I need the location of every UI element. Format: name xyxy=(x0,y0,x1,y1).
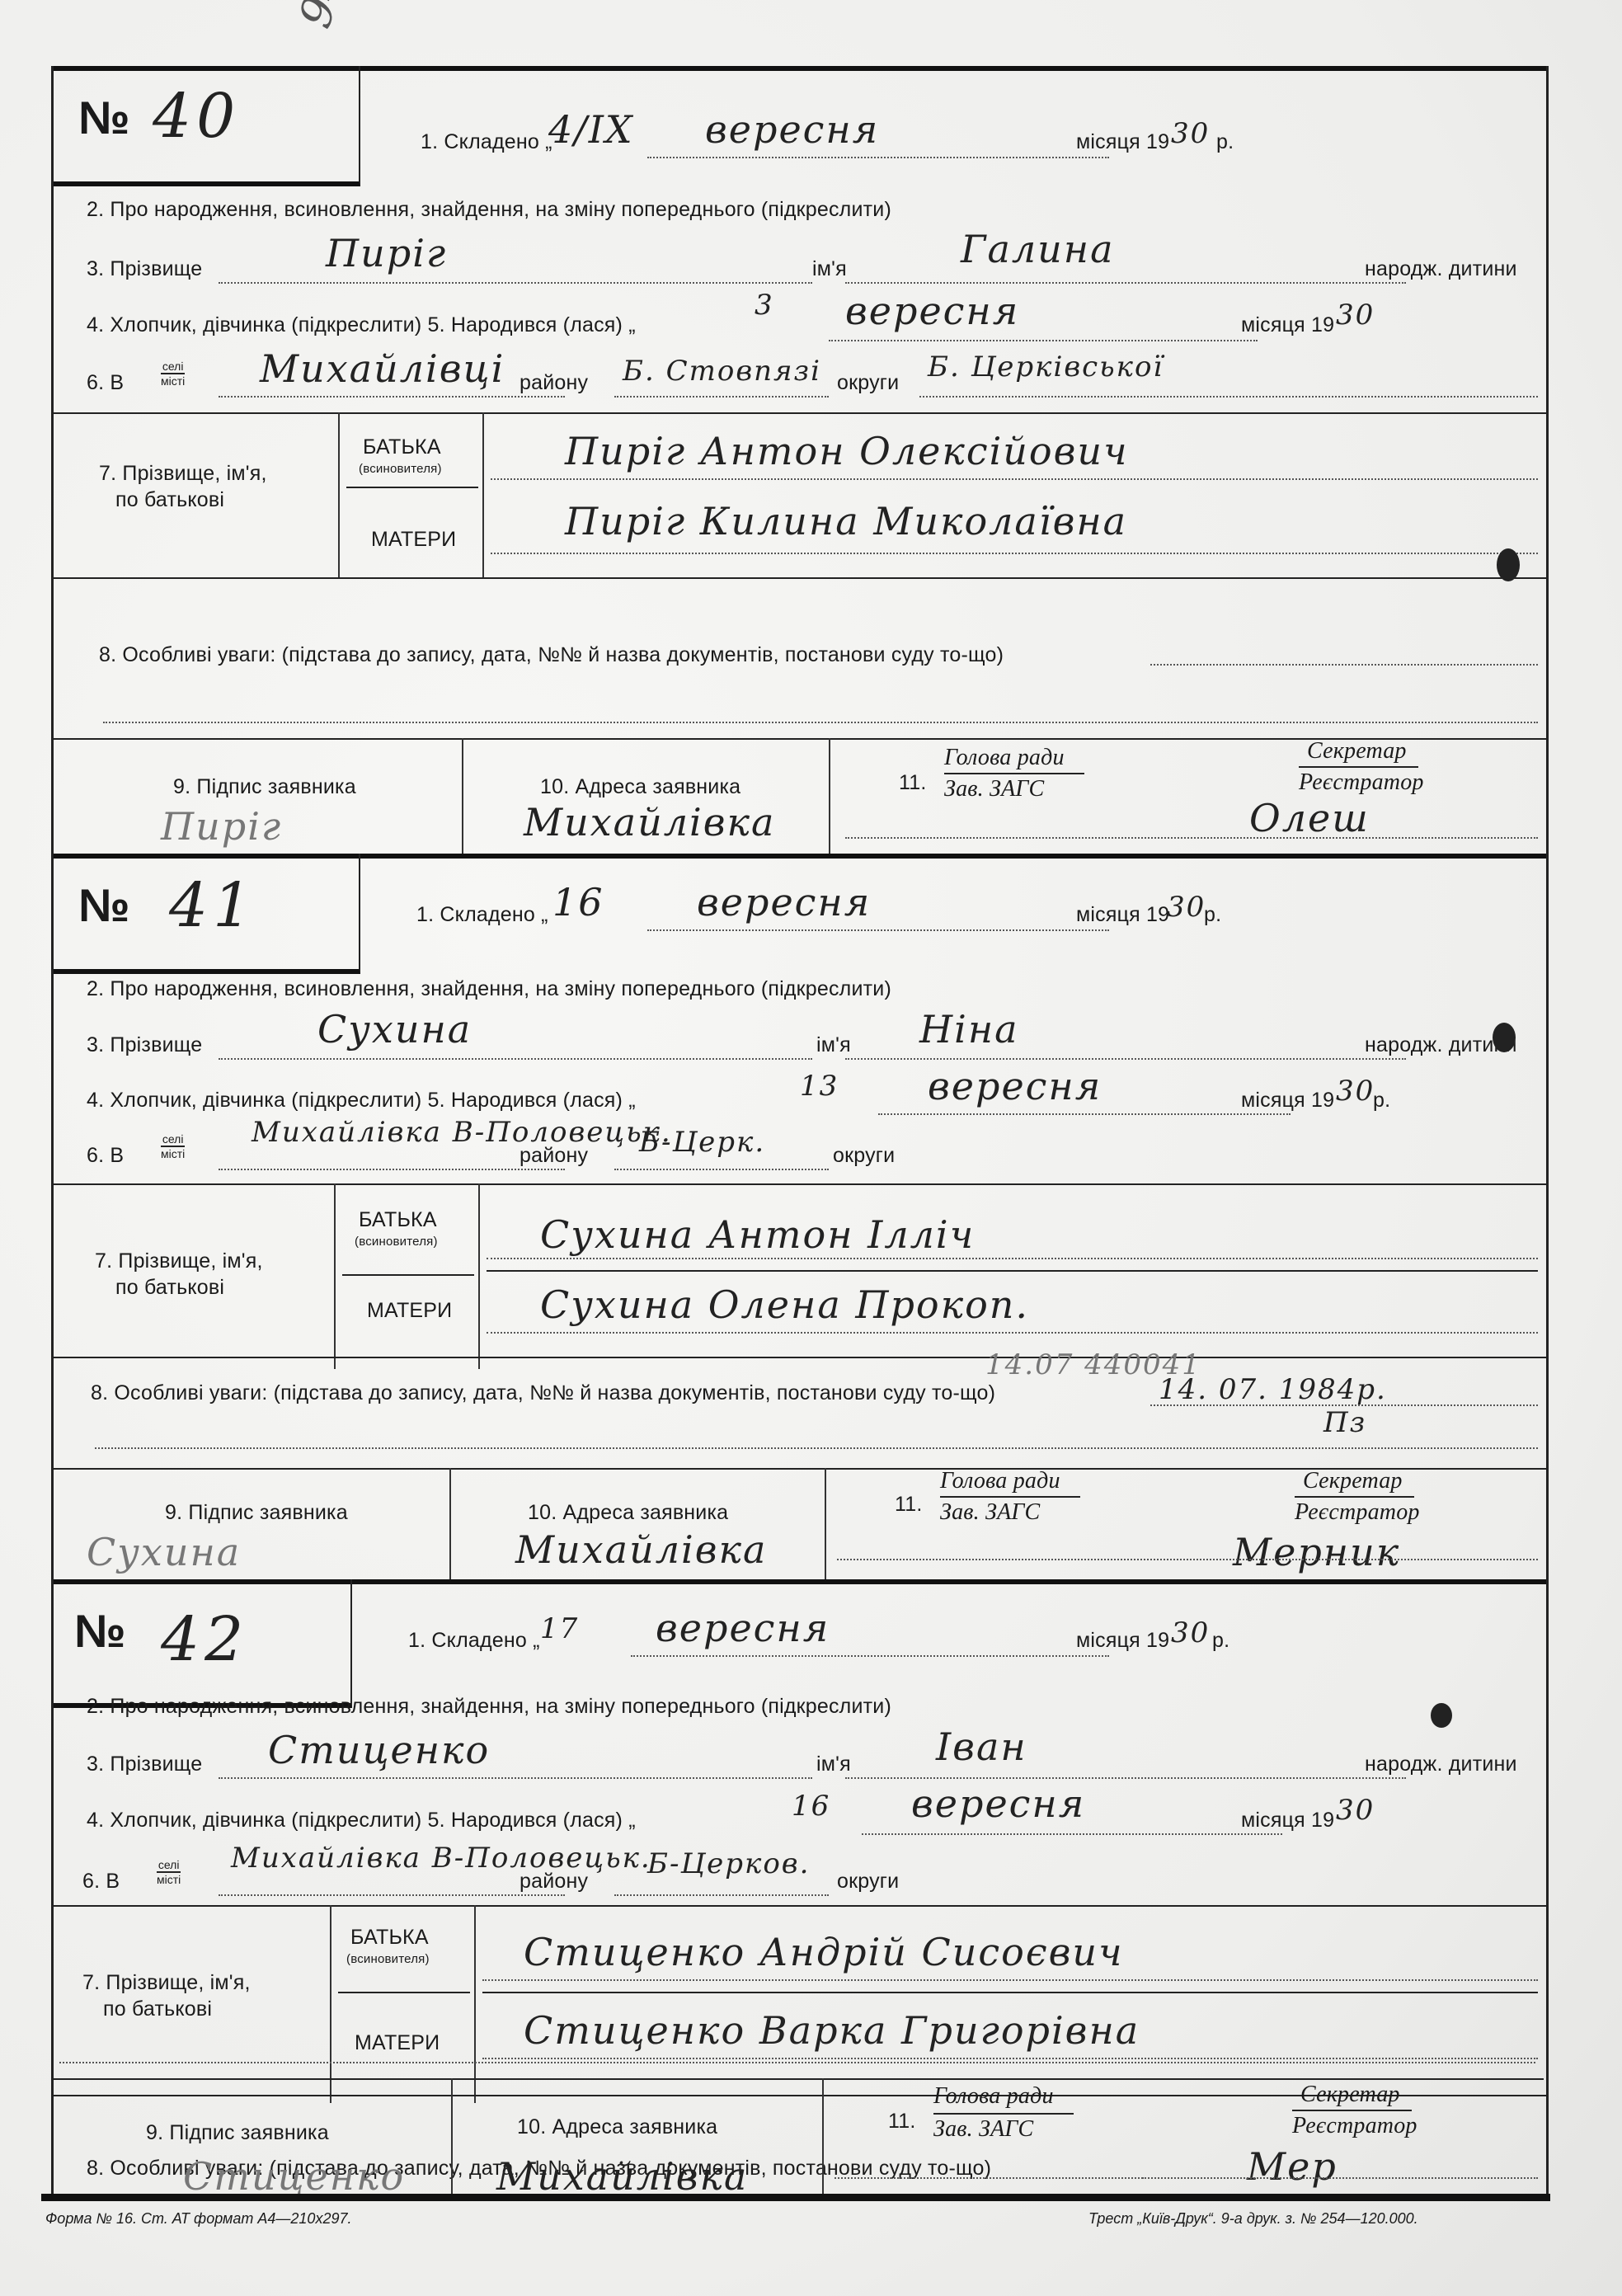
surname-label: 3. Прізвище xyxy=(87,257,202,281)
child-label: народж. дитини xyxy=(1365,1753,1517,1776)
parents-label: 7. Прізвище, ім'я, xyxy=(82,1971,251,1995)
record-type-label: 2. Про народження, всиновлення, знайденн… xyxy=(87,977,891,1001)
applicant-address: Михайлівка xyxy=(496,2154,748,2199)
footer-printer-info: Трест „Київ-Друк“. 9-а друк. з. № 254—12… xyxy=(1088,2210,1418,2228)
head-zags-label: Зав. ЗАГС xyxy=(940,1499,1040,1526)
head-council-label: Голова ради xyxy=(940,1468,1060,1494)
district-label: району xyxy=(520,1870,588,1894)
year-suffix: р. xyxy=(1204,903,1221,927)
footer-form-info: Форма № 16. Ст. АТ формат А4—210x297. xyxy=(45,2210,351,2228)
place-prefix: 6. В xyxy=(82,1870,120,1894)
mother-value: Пиріг Килина Миколаївна xyxy=(565,499,1127,543)
born-year: 30 xyxy=(1336,1794,1375,1827)
father-label: БАТЬКА xyxy=(350,1926,429,1950)
compiled-month: вересня xyxy=(697,880,871,925)
place-value: Михайлівка В-Половецьк. xyxy=(231,1842,651,1875)
applicant-address-label: 10. Адреса заявника xyxy=(517,2115,717,2139)
father-sublabel: (всиновителя) xyxy=(346,1952,430,1966)
secretary-label: Секретар xyxy=(1307,738,1407,765)
year-suffix-2: р. xyxy=(1373,1089,1390,1113)
surname-value: Пиріг xyxy=(326,231,447,275)
parents-label: 7. Прізвище, ім'я, xyxy=(95,1249,263,1273)
compiled-label: 1. Складено „ xyxy=(421,130,552,154)
mother-value: Стиценко Варка Григорівна xyxy=(524,2008,1140,2053)
district-value: Б-Церков. xyxy=(647,1847,810,1880)
applicant-signature-label: 9. Підпис заявника xyxy=(173,775,356,799)
compiled-year: 30 xyxy=(1171,1616,1210,1649)
ink-blot xyxy=(1431,1703,1452,1728)
name-label: ім'я xyxy=(812,257,847,281)
mother-value: Сухина Олена Прокоп. xyxy=(540,1282,1029,1327)
parents-label-2: по батькові xyxy=(115,1276,224,1300)
surname-label: 3. Прізвище xyxy=(87,1033,202,1057)
village-town-choice: селі місті xyxy=(157,1858,181,1886)
applicant-signature: Сухина xyxy=(87,1530,241,1574)
gender-birth-label: 4. Хлопчик, дівчинка (підкреслити) 5. На… xyxy=(87,1089,636,1113)
surname-value: Стиценко xyxy=(268,1728,490,1772)
parents-label-2: по батькові xyxy=(115,488,224,512)
record-number-box: № 40 xyxy=(54,66,360,186)
secretary-label: Секретар xyxy=(1300,2082,1400,2108)
gender-birth-label: 4. Хлопчик, дівчинка (підкреслити) 5. На… xyxy=(87,1809,636,1833)
year-suffix: р. xyxy=(1212,1629,1229,1653)
place-prefix: 6. В xyxy=(87,371,124,395)
born-day: 13 xyxy=(800,1070,839,1103)
place-value: Михайлівка В-Половецьк. xyxy=(252,1116,672,1149)
gender-birth-label: 4. Хлопчик, дівчинка (підкреслити) 5. На… xyxy=(87,313,636,337)
first-name-value: Галина xyxy=(961,227,1115,271)
applicant-address: Михайлівка xyxy=(515,1527,767,1572)
notes-label: 8. Особливі уваги: (підстава до запису, … xyxy=(99,643,1004,667)
district-label: району xyxy=(520,371,588,395)
born-year: 30 xyxy=(1336,299,1375,332)
place-prefix: 6. В xyxy=(87,1144,124,1168)
record-42-lower: 9. Підпис заявника Стиценко 10. Адреса з… xyxy=(51,2062,1544,2194)
item11-label: 11. xyxy=(895,1493,923,1517)
district-label: району xyxy=(520,1144,588,1168)
notes-initials: Пз xyxy=(1323,1406,1366,1439)
applicant-signature-label: 9. Підпис заявника xyxy=(165,1501,348,1525)
father-value: Сухина Антон Ілліч xyxy=(540,1212,975,1257)
compiled-label: 1. Складено „ xyxy=(416,903,548,927)
head-zags-label: Зав. ЗАГС xyxy=(944,776,1044,802)
head-council-label: Голова ради xyxy=(933,2083,1054,2110)
born-month-year-label: місяця 19 xyxy=(1241,313,1334,337)
born-month: вересня xyxy=(911,1781,1085,1826)
applicant-signature-label: 9. Підпис заявника xyxy=(146,2121,329,2145)
corner-annotation: 943р xyxy=(289,0,376,35)
applicant-signature: Стиценко xyxy=(183,2154,405,2199)
applicant-signature: Пиріг xyxy=(161,804,282,849)
parents-label-2: по батькові xyxy=(103,1997,212,2021)
registrar-signature: Олеш xyxy=(1249,796,1370,840)
compiled-year: 30 xyxy=(1167,891,1206,924)
item11-label: 11. xyxy=(888,2110,916,2134)
compiled-day: 17 xyxy=(540,1612,579,1645)
father-sublabel: (всиновителя) xyxy=(355,1235,438,1249)
father-sublabel: (всиновителя) xyxy=(359,462,442,476)
registrar-signature: Мерник xyxy=(1233,1530,1400,1574)
born-year: 30 xyxy=(1336,1075,1375,1108)
record-40-signatures: 9. Підпис заявника Пиріг 10. Адреса заяв… xyxy=(54,738,1546,854)
scanned-page: 943р № 40 1. Складено „ 4/IX вересня міс… xyxy=(0,0,1622,2296)
compiled-label: 1. Складено „ xyxy=(408,1629,540,1653)
record-number: 42 xyxy=(161,1604,248,1675)
child-label: народж. дитини xyxy=(1365,257,1517,281)
born-day: 16 xyxy=(792,1790,830,1823)
okrug-value: Б. Церківської xyxy=(928,351,1164,383)
father-value: Пиріг Антон Олексійович xyxy=(565,429,1129,473)
mother-label: МАТЕРИ xyxy=(371,528,456,552)
number-sign: № xyxy=(78,878,129,932)
applicant-address-label: 10. Адреса заявника xyxy=(528,1501,728,1525)
ink-blot xyxy=(1497,548,1520,581)
record-41: № 41 1. Складено „ 16 вересня місяця 19 … xyxy=(54,854,1546,1472)
place-value: Михайлівці xyxy=(260,346,505,391)
surname-label: 3. Прізвище xyxy=(87,1753,202,1776)
head-council-label: Голова ради xyxy=(944,745,1065,771)
record-41-signatures: 9. Підпис заявника Сухина 10. Адреса зая… xyxy=(54,1468,1546,1579)
ink-blot xyxy=(1493,1023,1516,1052)
name-label: ім'я xyxy=(816,1753,851,1776)
registry-form: № 40 1. Складено „ 4/IX вересня місяця 1… xyxy=(51,66,1549,2194)
bottom-rule xyxy=(41,2194,1550,2201)
district-value: Б. Стовпязі xyxy=(623,355,821,388)
record-number: 41 xyxy=(169,870,256,941)
father-value: Стиценко Андрій Сисоєвич xyxy=(524,1930,1124,1974)
registrar-label: Реєстратор xyxy=(1292,2113,1417,2139)
compiled-month: вересня xyxy=(656,1606,830,1650)
month-year-label: місяця 19 xyxy=(1076,130,1169,154)
okrug-label: округи xyxy=(837,1870,899,1894)
number-sign: № xyxy=(78,91,129,144)
father-label: БАТЬКА xyxy=(363,435,441,459)
village-town-choice: селі місті xyxy=(161,1132,185,1160)
year-suffix: р. xyxy=(1216,130,1234,154)
number-sign: № xyxy=(74,1604,125,1658)
born-month: вересня xyxy=(845,289,1019,333)
month-year-label: місяця 19 xyxy=(1076,1629,1169,1653)
father-label: БАТЬКА xyxy=(359,1208,437,1232)
born-month: вересня xyxy=(928,1064,1102,1108)
head-zags-label: Зав. ЗАГС xyxy=(933,2116,1033,2143)
village-town-choice: селі місті xyxy=(161,360,185,388)
parents-label: 7. Прізвище, ім'я, xyxy=(99,462,267,486)
compiled-day: 4/IX xyxy=(548,107,634,152)
compiled-day: 16 xyxy=(552,880,604,925)
record-type-label: 2. Про народження, всиновлення, знайденн… xyxy=(87,1695,891,1719)
record-number: 40 xyxy=(153,81,240,152)
first-name-value: Ніна xyxy=(919,1007,1019,1052)
applicant-address: Михайлівка xyxy=(524,800,775,845)
surname-value: Сухина xyxy=(317,1007,472,1052)
district-value: Б-Церк. xyxy=(639,1126,765,1159)
record-40: № 40 1. Складено „ 4/IX вересня місяця 1… xyxy=(54,66,1546,771)
notes-label: 8. Особливі уваги: (підстава до запису, … xyxy=(91,1381,995,1405)
mother-label: МАТЕРИ xyxy=(367,1299,452,1323)
name-label: ім'я xyxy=(816,1033,851,1057)
applicant-address-label: 10. Адреса заявника xyxy=(540,775,740,799)
notes-value: 14. 07. 1984р. xyxy=(1159,1373,1387,1406)
born-month-year-label: місяця 19 xyxy=(1241,1809,1334,1833)
mother-label: МАТЕРИ xyxy=(355,2031,440,2055)
born-month-year-label: місяця 19 xyxy=(1241,1089,1334,1113)
okrug-label: округи xyxy=(837,371,899,395)
registrar-label: Реєстратор xyxy=(1295,1499,1420,1526)
record-number-box: № 42 xyxy=(54,1579,352,1708)
secretary-label: Секретар xyxy=(1303,1468,1403,1494)
record-type-label: 2. Про народження, всиновлення, знайденн… xyxy=(87,198,891,222)
okrug-label: округи xyxy=(833,1144,895,1168)
item11-label: 11. xyxy=(899,771,927,795)
registrar-label: Реєстратор xyxy=(1299,769,1424,796)
compiled-year: 30 xyxy=(1171,117,1210,150)
compiled-month: вересня xyxy=(705,107,879,152)
record-number-box: № 41 xyxy=(54,854,360,974)
registrar-signature: Мер xyxy=(1247,2144,1338,2189)
month-year-label: місяця 19 xyxy=(1076,903,1169,927)
first-name-value: Іван xyxy=(936,1724,1027,1769)
born-day: 3 xyxy=(755,289,774,322)
